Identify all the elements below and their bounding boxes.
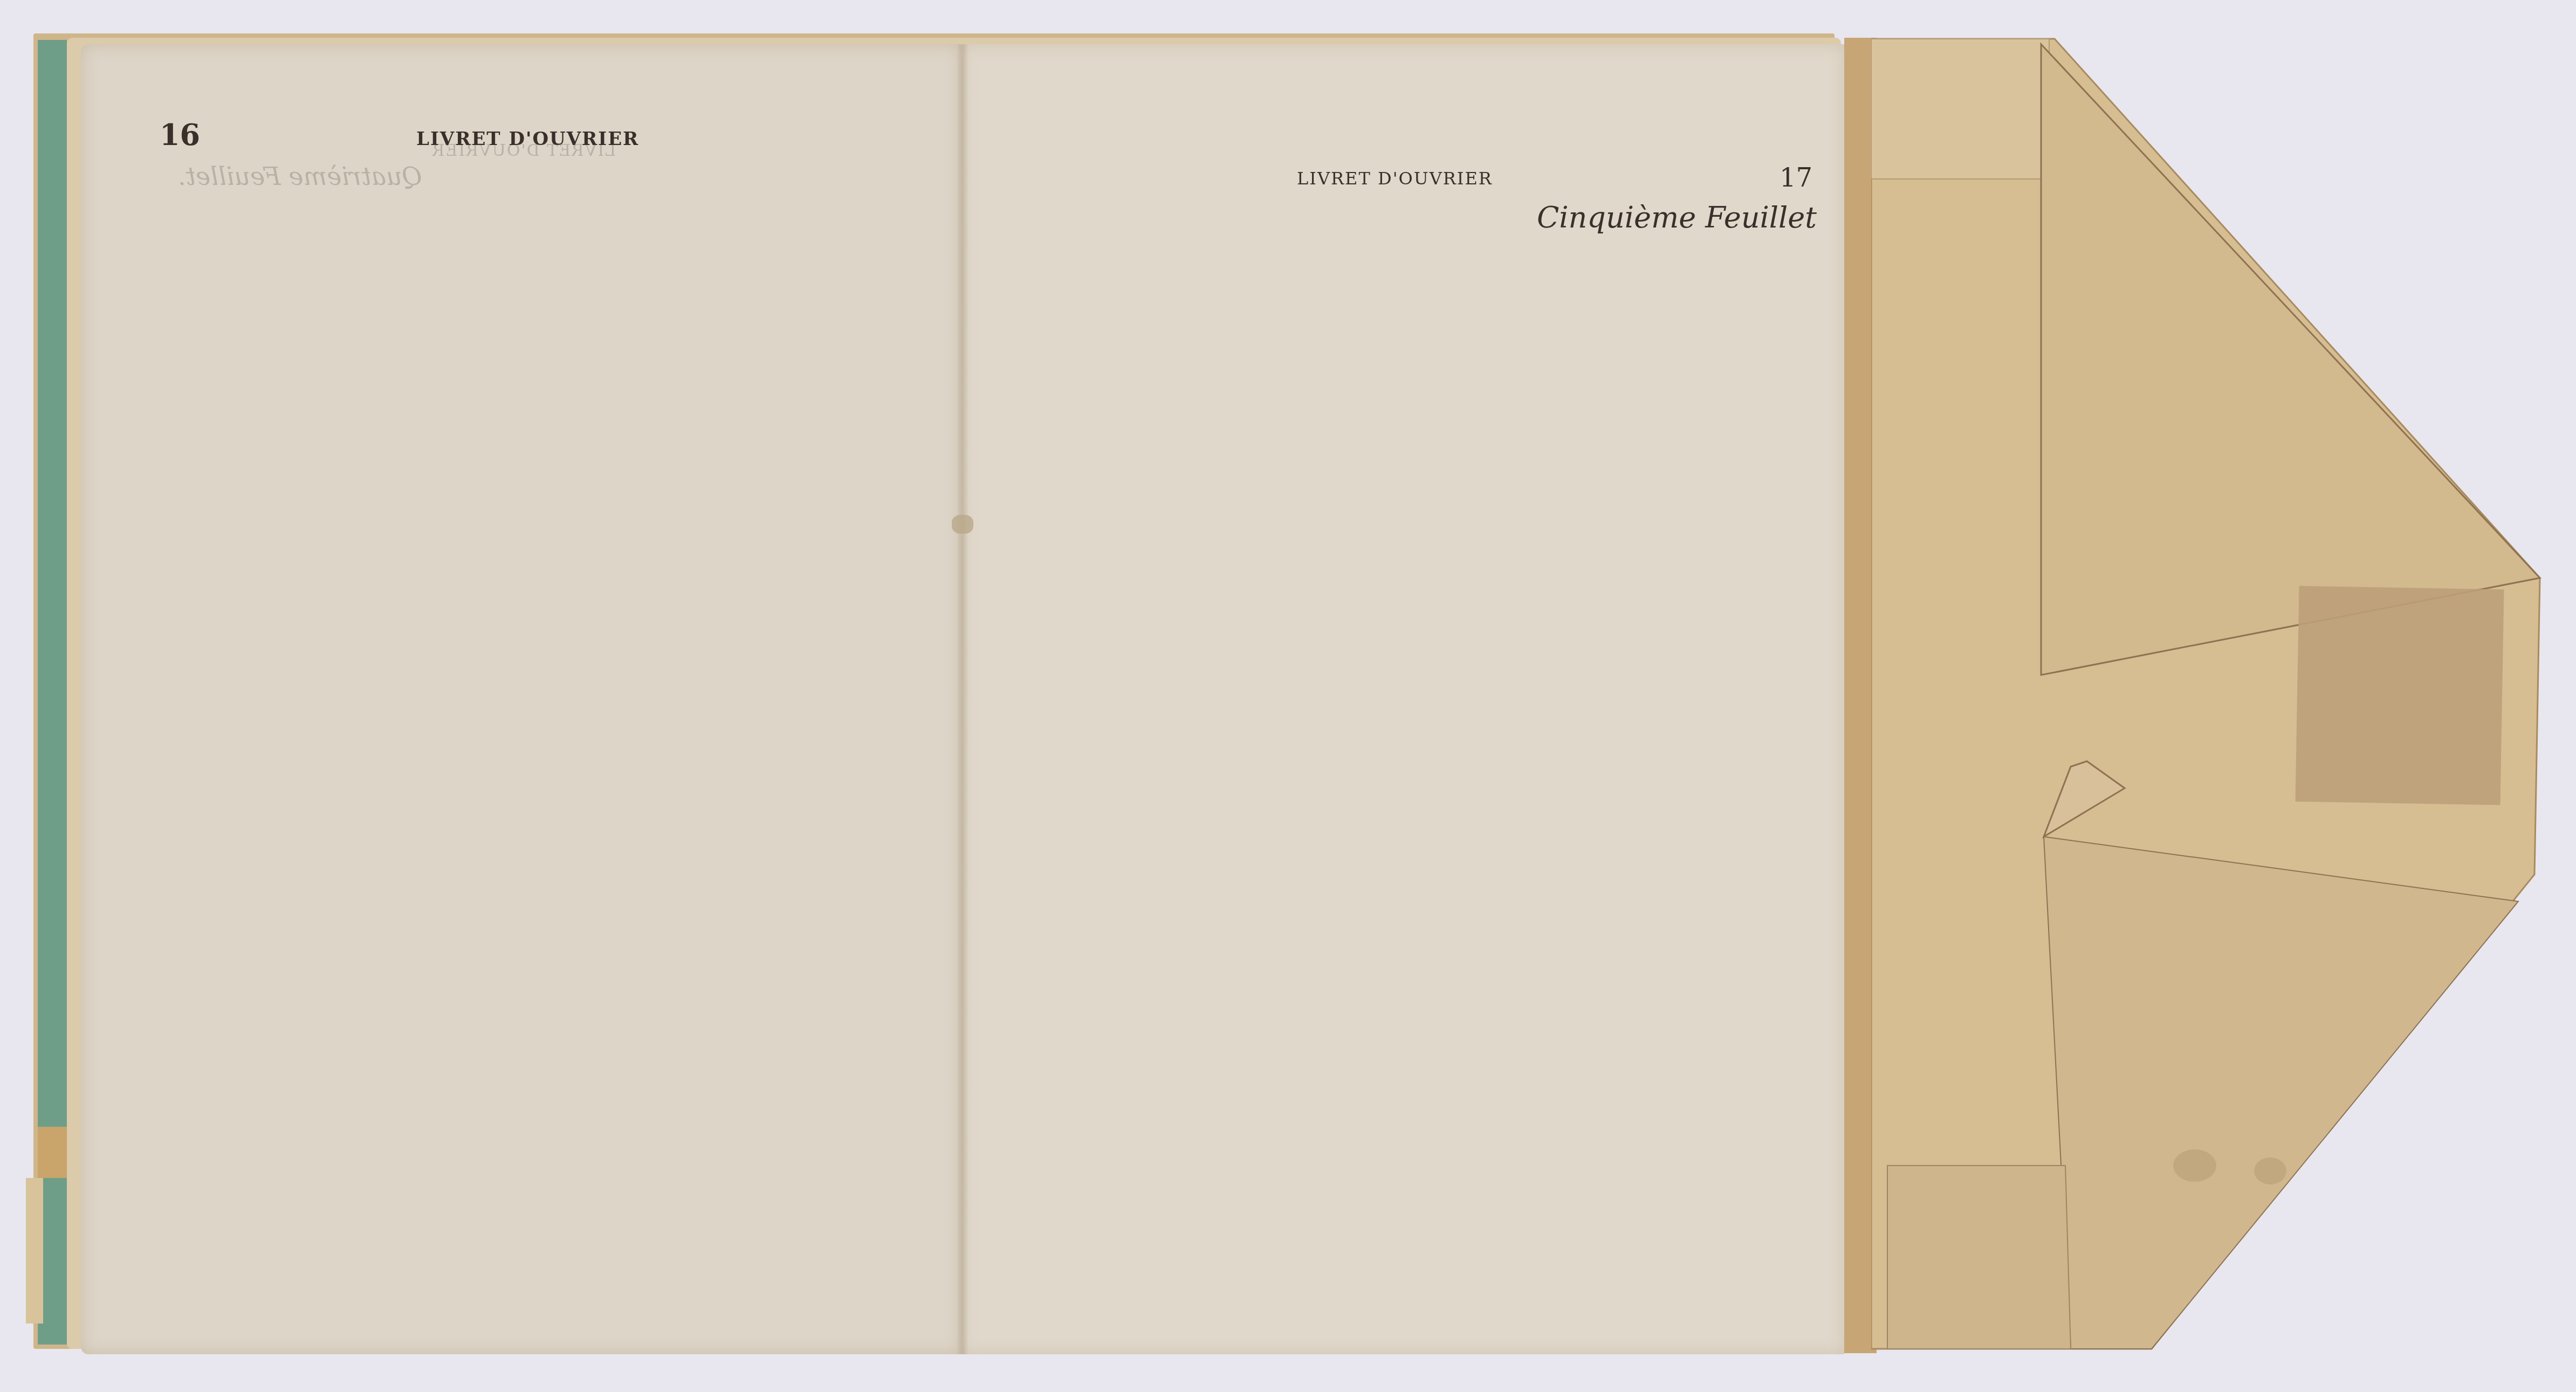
right-sheet-title: Cinquième Feuillet [1537, 201, 1817, 235]
worn-spine-patch [38, 1127, 67, 1178]
left-page [81, 44, 961, 1354]
right-page-number: 17 [1780, 163, 1812, 193]
book-gutter [957, 44, 968, 1354]
gutter-stain [952, 515, 973, 534]
left-running-head: LIVRET D'OUVRIER [416, 128, 639, 150]
spine-paper-tab [26, 1178, 43, 1324]
right-page [961, 44, 1844, 1354]
left-show-through-title: Quatrième Feuillet. [178, 162, 422, 191]
right-running-head: LIVRET D'OUVRIER [1297, 168, 1493, 189]
adhesive-tape-patch [2296, 586, 2504, 805]
left-page-number: 16 [160, 118, 200, 152]
